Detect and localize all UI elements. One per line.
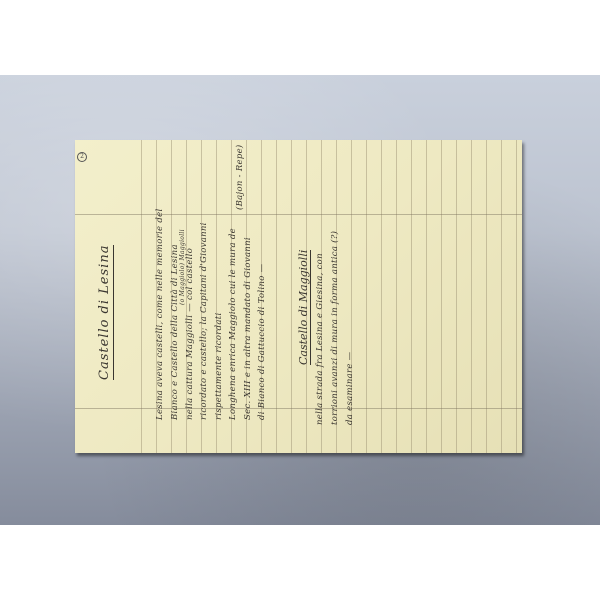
section1-line: Lesina aveva castelli, come nelle memori… — [155, 209, 165, 420]
section1-title: Castello di Lesina — [97, 245, 114, 380]
section1-line: ricordato e castello; la Capitani d'Giov… — [199, 222, 209, 420]
section1-line: Longhena enrica Maggiolo cui le mura de — [228, 228, 238, 420]
section2-line: da esaminare — — [345, 352, 355, 426]
page-number-mark: 2 — [77, 152, 87, 162]
section2-line: torrioni avanzi di mura in forma antica … — [330, 231, 340, 425]
section1-line: rispettamente ricordati — [214, 313, 224, 421]
section2-title: Castello di Maggiolli — [297, 250, 311, 365]
section1-line: nella cattura Maggiolli — col castello — [185, 248, 195, 420]
manuscript-page: 2 Castello di Lesina Lesina aveva castel… — [75, 140, 522, 453]
interlinear-note: (o Maggiolo) Maggiolli — [179, 229, 186, 305]
section1-line: di Bianco di Gattuccio di Tolino — — [257, 264, 267, 420]
section2-line: nella strada fra Lesina e Giesina, con — [315, 253, 325, 425]
margin-note: (Bajon - Repe) — [235, 144, 245, 210]
section1-line: Sec. XIII e in altra mandato di Giovanni — [243, 237, 253, 420]
